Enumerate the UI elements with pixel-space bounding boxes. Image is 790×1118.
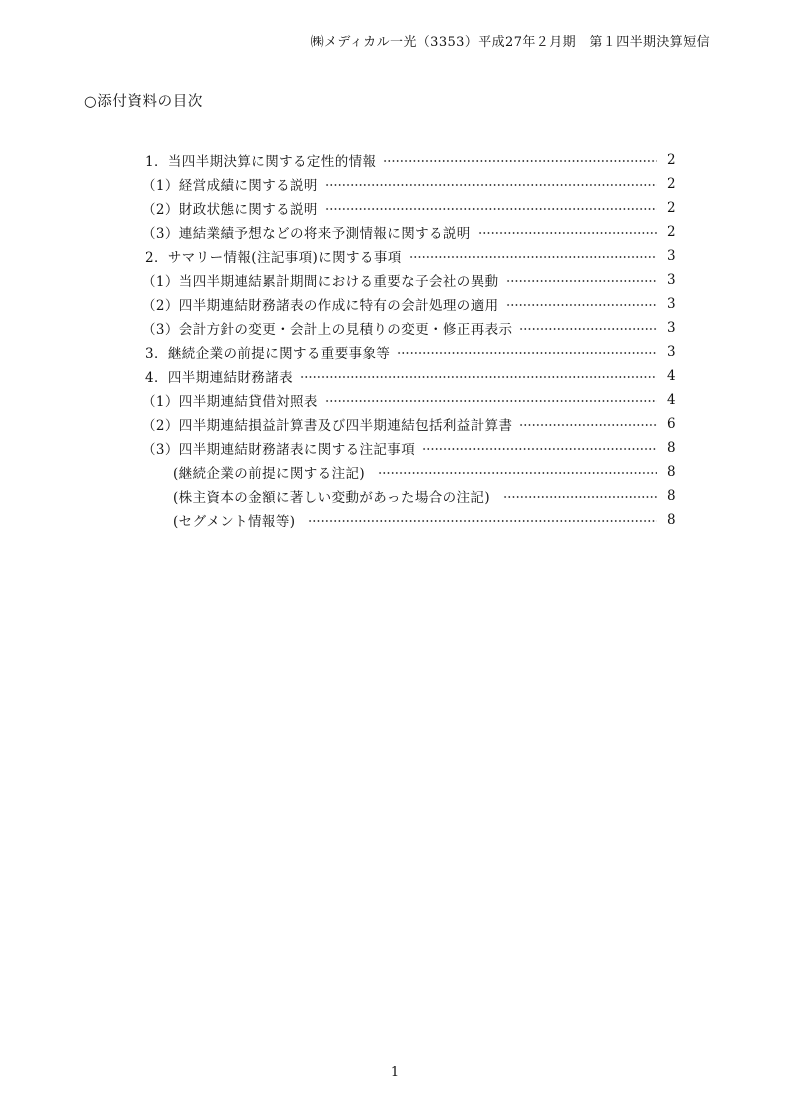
toc-entry: 4．四半期連結財務諸表4 [142, 364, 676, 388]
toc-entry: (株主資本の金額に著しい変動があった場合の注記)8 [142, 484, 676, 508]
toc-entry-page: 3 [662, 320, 676, 336]
document-header: ㈱メディカル一光（3353）平成27年２月期 第１四半期決算短信 [311, 31, 710, 50]
toc-entry: (継続企業の前提に関する注記)8 [142, 460, 676, 484]
toc-entry-label: （3）連結業績予想などの将来予測情報に関する説明 [142, 222, 471, 242]
document-page: ㈱メディカル一光（3353）平成27年２月期 第１四半期決算短信 ○添付資料の目… [0, 0, 790, 1118]
toc-entry: 3．継続企業の前提に関する重要事象等3 [142, 340, 676, 364]
toc-entry-page: 2 [662, 152, 676, 168]
toc-entry-page: 3 [662, 344, 676, 360]
dot-leader [506, 292, 658, 316]
toc-entry: （1）経営成績に関する説明2 [142, 172, 676, 196]
toc-entry-label: （3）会計方針の変更・会計上の見積りの変更・修正再表示 [142, 318, 512, 338]
dot-leader [409, 244, 657, 268]
toc-entry: （2）四半期連結損益計算書及び四半期連結包括利益計算書6 [142, 412, 676, 436]
toc-entry-label: (セグメント情報等) [173, 510, 295, 530]
toc-entry-page: 8 [662, 440, 676, 456]
toc-entry-label: （2）財政状態に関する説明 [142, 198, 318, 218]
toc-entry: （1）四半期連結貸借対照表4 [142, 388, 676, 412]
toc-entry-label: （1）四半期連結貸借対照表 [142, 390, 318, 410]
toc-entry: （3）会計方針の変更・会計上の見積りの変更・修正再表示3 [142, 316, 676, 340]
toc-entry: （1）当四半期連結累計期間における重要な子会社の異動3 [142, 268, 676, 292]
toc-entry: (セグメント情報等)8 [142, 508, 676, 532]
page-title: ○添付資料の目次 [84, 90, 203, 111]
toc-entry-page: 2 [662, 224, 676, 240]
toc-entry-page: 4 [662, 368, 676, 384]
toc-entry-label: （2）四半期連結財務諸表の作成に特有の会計処理の適用 [142, 294, 499, 314]
toc-entry-label: (継続企業の前提に関する注記) [173, 462, 365, 482]
toc-entry: 1．当四半期決算に関する定性的情報2 [142, 148, 676, 172]
dot-leader [308, 508, 657, 532]
toc-entry: （3）連結業績予想などの将来予測情報に関する説明2 [142, 220, 676, 244]
dot-leader [422, 436, 657, 460]
toc-entry-label: 3．継続企業の前提に関する重要事象等 [145, 342, 390, 362]
toc-entry-label: （1）経営成績に関する説明 [142, 174, 318, 194]
toc-entry-page: 6 [662, 416, 676, 432]
toc-entry-page: 8 [662, 464, 676, 480]
dot-leader [300, 364, 657, 388]
toc-entry: （2）財政状態に関する説明2 [142, 196, 676, 220]
toc-entry-page: 3 [662, 296, 676, 312]
toc-entry-label: 4．四半期連結財務諸表 [145, 366, 293, 386]
dot-leader [397, 340, 657, 364]
toc-entry-label: 1．当四半期決算に関する定性的情報 [145, 150, 376, 170]
dot-leader [378, 460, 657, 484]
dot-leader [325, 388, 657, 412]
dot-leader [519, 412, 657, 436]
toc-entry-page: 3 [662, 272, 676, 288]
toc-entry-page: 2 [662, 200, 676, 216]
dot-leader [519, 316, 657, 340]
dot-leader [325, 172, 657, 196]
dot-leader [383, 148, 657, 172]
toc-entry-label: 2．サマリー情報(注記事項)に関する事項 [145, 246, 402, 266]
dot-leader [325, 196, 657, 220]
dot-leader [503, 484, 657, 508]
toc-entry: 2．サマリー情報(注記事項)に関する事項3 [142, 244, 676, 268]
toc-entry-label: （3）四半期連結財務諸表に関する注記事項 [142, 438, 415, 458]
dot-leader [478, 220, 657, 244]
footer-page-number: 1 [0, 1065, 790, 1080]
toc-entry-label: （1）当四半期連結累計期間における重要な子会社の異動 [142, 270, 499, 290]
dot-leader [506, 268, 658, 292]
toc-entry-page: 3 [662, 248, 676, 264]
toc-list: 1．当四半期決算に関する定性的情報2（1）経営成績に関する説明2（2）財政状態に… [142, 148, 676, 532]
toc-entry-page: 8 [662, 488, 676, 504]
toc-entry-page: 4 [662, 392, 676, 408]
toc-entry-label: (株主資本の金額に著しい変動があった場合の注記) [173, 486, 490, 506]
toc-entry: （2）四半期連結財務諸表の作成に特有の会計処理の適用3 [142, 292, 676, 316]
toc-entry-page: 8 [662, 512, 676, 528]
toc-entry-label: （2）四半期連結損益計算書及び四半期連結包括利益計算書 [142, 414, 512, 434]
toc-entry: （3）四半期連結財務諸表に関する注記事項8 [142, 436, 676, 460]
toc-entry-page: 2 [662, 176, 676, 192]
